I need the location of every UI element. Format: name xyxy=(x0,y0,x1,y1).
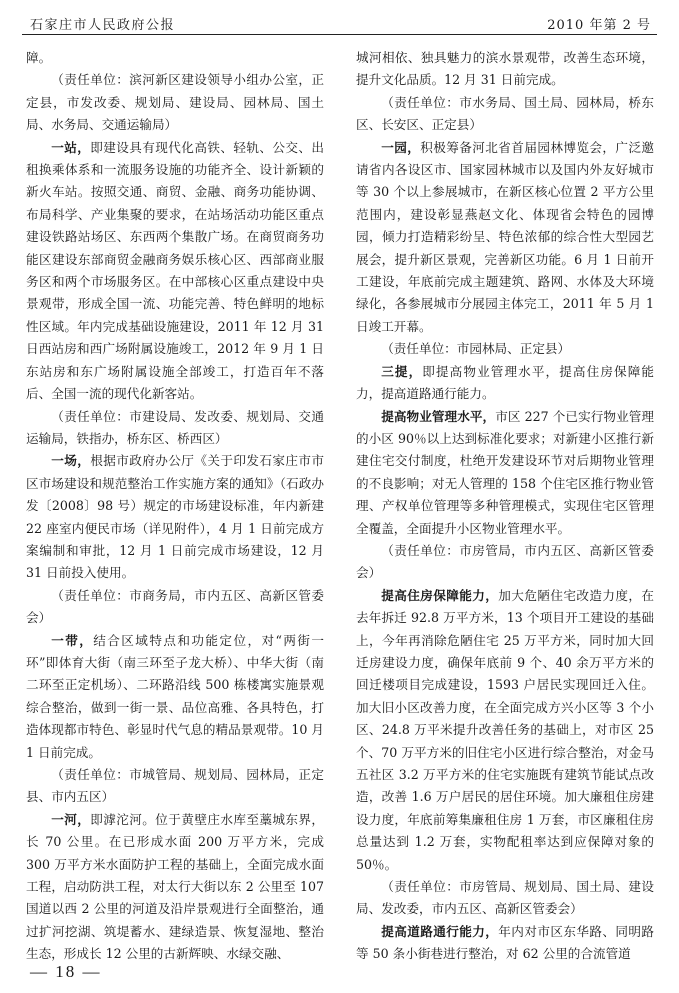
section-heading: 提高物业管理水平， xyxy=(381,409,495,424)
paragraph: （责任单位：市城管局、规划局、园林局，正定县、市内五区） xyxy=(26,764,324,809)
paragraph: 城河相依、独具魅力的滨水景观带，改善生态环境，提升文化品质。12 月 31 日前… xyxy=(356,47,654,92)
section-paragraph: 一河，即滹沱河。位于黄壁庄水库至藁城东界，长 70 公里。在已形成水面 200 … xyxy=(26,809,324,966)
section-heading: 一河， xyxy=(51,812,90,827)
paragraph: （责任单位：市商务局，市内五区、高新区管委会） xyxy=(26,585,324,630)
paragraph: （责任单位：市房管局，市内五区、高新区管委会） xyxy=(356,540,654,585)
publication-title: 石家庄市人民政府公报 xyxy=(30,14,175,33)
paragraph-text: 即滹沱河。位于黄壁庄水库至藁城东界，长 70 公里。在已形成水面 200 万平方… xyxy=(26,812,324,961)
paragraph-text: （责任单位：市建设局、发改委、规划局、交通运输局，铁指办，桥东区、桥西区） xyxy=(26,409,324,446)
paragraph-text: （责任单位：市城管局、规划局、园林局，正定县、市内五区） xyxy=(26,767,324,804)
paragraph-text: 结合区域特点和功能定位，对“两街一环”即体育大街（南三环至子龙大桥）、中华大街（… xyxy=(26,633,324,760)
section-heading: 一园， xyxy=(381,140,420,155)
section-paragraph: 提高住房保障能力，加大危陋住宅改造力度，在去年拆迁 92.8 万平方米，13 个… xyxy=(356,585,654,876)
paragraph-text: 障。 xyxy=(26,50,51,65)
section-heading: 一场， xyxy=(51,453,90,468)
section-paragraph: 一带，结合区域特点和功能定位，对“两街一环”即体育大街（南三环至子龙大桥）、中华… xyxy=(26,630,324,764)
paragraph-text: 即建设具有现代化高铁、轻轨、公交、出租换乘体系和一流服务设施的功能齐全、设计新颖… xyxy=(26,140,324,401)
section-paragraph: 一园，积极筹备河北省首届园林博览会，广泛邀请省内各设区市、国家园林城市以及国内外… xyxy=(356,137,654,339)
paragraph-text: 积极筹备河北省首届园林博览会，广泛邀请省内各设区市、国家园林城市以及国内外友好城… xyxy=(356,140,654,334)
paragraph: （责任单位：滨河新区建设领导小组办公室，正定县，市发改委、规划局、建设局、园林局… xyxy=(26,69,324,136)
section-heading: 一带， xyxy=(51,633,93,648)
paragraph-text: 城河相依、独具魅力的滨水景观带，改善生态环境，提升文化品质。12 月 31 日前… xyxy=(356,50,654,87)
paragraph-text: （责任单位：市商务局，市内五区、高新区管委会） xyxy=(26,588,324,625)
paragraph-text: （责任单位：市水务局、国土局、园林局，桥东区、长安区、正定县） xyxy=(356,95,654,132)
page-number: — 18 — xyxy=(30,962,102,982)
left-column: 障。（责任单位：滨河新区建设领导小组办公室，正定县，市发改委、规划局、建设局、园… xyxy=(26,47,324,966)
paragraph-text: （责任单位：市园林局、正定县） xyxy=(381,341,570,356)
section-heading: 三提， xyxy=(381,364,422,379)
right-column: 城河相依、独具魅力的滨水景观带，改善生态环境，提升文化品质。12 月 31 日前… xyxy=(356,47,654,966)
paragraph-text: （责任单位：滨河新区建设领导小组办公室，正定县，市发改委、规划局、建设局、园林局… xyxy=(26,72,324,132)
section-paragraph: 一站，即建设具有现代化高铁、轻轨、公交、出租换乘体系和一流服务设施的功能齐全、设… xyxy=(26,137,324,406)
paragraph-text: （责任单位：市房管局、规划局、国土局、建设局、发改委，市内五区、高新区管委会） xyxy=(356,879,654,916)
paragraph-text: 根据市政府办公厅《关于印发石家庄市市区市场建设和规范整治工作实施方案的通知》（石… xyxy=(26,453,324,580)
paragraph: （责任单位：市房管局、规划局、国土局、建设局、发改委，市内五区、高新区管委会） xyxy=(356,876,654,921)
section-paragraph: 三提，即提高物业管理水平，提高住房保障能力，提高道路通行能力。 xyxy=(356,361,654,406)
paragraph: （责任单位：市园林局、正定县） xyxy=(356,338,654,360)
section-paragraph: 提高道路通行能力，年内对市区东华路、同明路等 50 条小街巷进行整治，对 62 … xyxy=(356,921,654,966)
paragraph-text: 市区 227 个已实行物业管理的小区 90％以上达到标准化要求；对新建小区推行新… xyxy=(356,409,654,536)
section-paragraph: 一场，根据市政府办公厅《关于印发石家庄市市区市场建设和规范整治工作实施方案的通知… xyxy=(26,450,324,584)
issue-number: 2010 年第 2 号 xyxy=(547,14,651,33)
section-heading: 提高道路通行能力， xyxy=(381,924,498,939)
section-heading: 提高住房保障能力， xyxy=(381,588,498,603)
section-heading: 一站， xyxy=(51,140,90,155)
page-header: 石家庄市人民政府公报 2010 年第 2 号 xyxy=(22,12,657,35)
paragraph-text: （责任单位：市房管局，市内五区、高新区管委会） xyxy=(356,543,654,580)
paragraph-text: 加大危陋住宅改造力度，在去年拆迁 92.8 万平方米，13 个项目开工建设的基础… xyxy=(356,588,654,872)
paragraph: （责任单位：市水务局、国土局、园林局，桥东区、长安区、正定县） xyxy=(356,92,654,137)
paragraph: （责任单位：市建设局、发改委、规划局、交通运输局，铁指办，桥东区、桥西区） xyxy=(26,406,324,451)
paragraph: 障。 xyxy=(26,47,324,69)
section-paragraph: 提高物业管理水平，市区 227 个已实行物业管理的小区 90％以上达到标准化要求… xyxy=(356,406,654,540)
